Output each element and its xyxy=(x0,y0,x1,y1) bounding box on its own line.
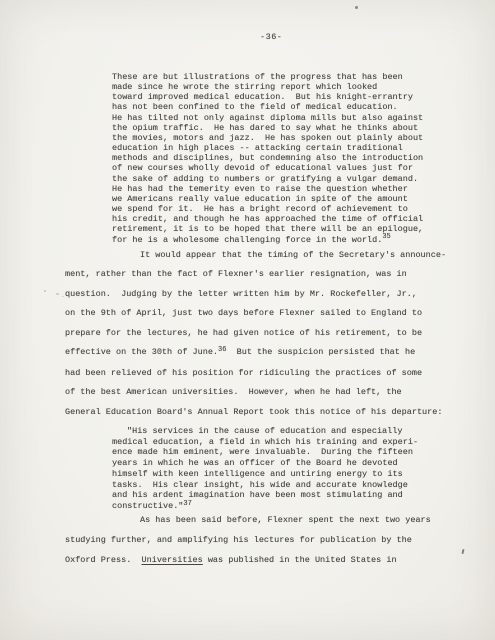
text-line: the movies, motors and jazz. He has spok… xyxy=(112,133,423,143)
text-segment: He has had the temerity even to raise th… xyxy=(112,184,408,194)
text-line: years in which he was an officer of the … xyxy=(112,458,418,469)
text-line: his credit, and though he has approached… xyxy=(112,214,423,224)
text-line: ment, rather than the fact of Flexner's … xyxy=(65,265,446,284)
scan-speck xyxy=(56,293,59,295)
text-line: for he is a wholesome challenging force … xyxy=(112,235,423,246)
text-line: had been relieved of his position for ri… xyxy=(65,364,446,383)
text-line: the opium traffic. He has dared to say w… xyxy=(112,123,423,133)
text-line: retirement, it is to be hoped that there… xyxy=(112,224,423,234)
text-segment: studying further, and amplifying his lec… xyxy=(65,535,412,545)
text-line: education in high places -- attacking ce… xyxy=(112,143,423,153)
text-segment: we spend for it. He has a bright record … xyxy=(112,204,408,214)
text-line: question. Judging by the letter written … xyxy=(65,285,446,304)
text-segment: It would appear that the timing of the S… xyxy=(140,250,446,260)
text-line: toward improved medical education. But h… xyxy=(112,92,423,102)
text-line: These are but illustrations of the progr… xyxy=(112,72,423,82)
footnote-superscript: 37 xyxy=(183,500,191,508)
text-line: It would appear that the timing of the S… xyxy=(65,246,446,265)
text-line: Oxford Press. Universities was published… xyxy=(65,550,431,570)
scan-speck xyxy=(62,296,64,297)
paragraph-secretary: It would appear that the timing of the S… xyxy=(65,246,446,422)
text-segment: had been relieved of his position for ri… xyxy=(65,368,422,378)
text-segment: for he is a wholesome challenging force … xyxy=(112,235,382,245)
scan-speck xyxy=(355,6,358,9)
text-segment: General Education Board's Annual Report … xyxy=(65,407,442,417)
text-segment: and his ardent imagination have been mos… xyxy=(112,490,403,500)
text-line: tasks. His clear insight, his wide and a… xyxy=(112,480,418,491)
text-line: He has had the temerity even to raise th… xyxy=(112,184,423,194)
text-segment: his credit, and though he has approached… xyxy=(112,214,423,224)
text-segment: retirement, it is to be hoped that there… xyxy=(112,224,423,234)
text-line: General Education Board's Annual Report … xyxy=(65,403,446,422)
text-line: prepare for the lectures, he had given n… xyxy=(65,324,446,343)
scan-smudge xyxy=(459,4,465,8)
text-segment: tasks. His clear insight, his wide and a… xyxy=(112,480,408,490)
text-line: studying further, and amplifying his lec… xyxy=(65,530,431,550)
text-segment: "His services in the cause of education … xyxy=(127,426,402,436)
text-segment: prepare for the lectures, he had given n… xyxy=(65,328,422,338)
text-line: methods and disciplines, but condemning … xyxy=(112,153,423,163)
text-line: of new courses wholly devoid of educatio… xyxy=(112,163,423,173)
text-line: ence made him eminent, were invaluable. … xyxy=(112,447,418,458)
text-line: effective on the 30th of June.36 But the… xyxy=(65,343,446,363)
text-segment: But the suspicion persisted that he xyxy=(226,347,415,357)
text-segment: the sake of adding to numbers or gratify… xyxy=(112,174,418,184)
text-line: we spend for it. He has a bright record … xyxy=(112,204,423,214)
text-segment: medical education, a field in which his … xyxy=(112,437,418,447)
text-segment: question. Judging by the letter written … xyxy=(65,289,417,299)
text-line: He has tilted not only against diploma m… xyxy=(112,113,423,123)
page-number: -36- xyxy=(260,32,282,42)
annual-report-quote: "His services in the cause of education … xyxy=(112,426,418,513)
text-segment: methods and disciplines, but condemning … xyxy=(112,153,423,163)
text-line: of the best American universities. Howev… xyxy=(65,383,446,402)
text-segment: Oxford Press. xyxy=(65,555,142,565)
footnote-superscript: 35 xyxy=(382,233,390,241)
paragraph-oxford: As has been said before, Flexner spent t… xyxy=(65,510,431,570)
scan-mark xyxy=(461,549,464,554)
footnote-superscript: 36 xyxy=(218,346,226,354)
scan-speck xyxy=(44,290,46,292)
text-segment: education in high places -- attacking ce… xyxy=(112,143,403,153)
text-segment: has not been confined to the field of me… xyxy=(112,102,398,112)
document-page: -36- These are but illustrations of the … xyxy=(0,0,495,640)
text-line: has not been confined to the field of me… xyxy=(112,102,423,112)
excerpt-paragraph: These are but illustrations of the progr… xyxy=(112,72,423,246)
text-segment: on the 9th of April, just two days befor… xyxy=(65,308,422,318)
text-segment: was published in the United States in xyxy=(203,555,397,565)
text-line: made since he wrote the stirring report … xyxy=(112,82,423,92)
text-line: As has been said before, Flexner spent t… xyxy=(65,510,431,530)
text-segment: He has tilted not only against diploma m… xyxy=(112,113,423,123)
text-segment: As has been said before, Flexner spent t… xyxy=(140,515,431,525)
text-segment: the opium traffic. He has dared to say w… xyxy=(112,123,418,133)
text-line: on the 9th of April, just two days befor… xyxy=(65,304,446,323)
text-segment: These are but illustrations of the progr… xyxy=(112,72,403,82)
text-segment: effective on the 30th of June. xyxy=(65,347,218,357)
text-segment: the movies, motors and jazz. He has spok… xyxy=(112,133,423,143)
text-line: medical education, a field in which his … xyxy=(112,437,418,448)
text-line: and his ardent imagination have been mos… xyxy=(112,490,418,501)
text-segment: made since he wrote the stirring report … xyxy=(112,82,377,92)
underlined-title: Universities xyxy=(142,555,203,565)
text-segment: of the best American universities. Howev… xyxy=(65,387,402,397)
text-segment: ence made him eminent, were invaluable. … xyxy=(112,447,413,457)
text-line: we Americans really value education in s… xyxy=(112,194,423,204)
text-segment: toward improved medical education. But h… xyxy=(112,92,413,102)
text-segment: himself with keen intelligence and untir… xyxy=(112,469,403,479)
text-line: himself with keen intelligence and untir… xyxy=(112,469,418,480)
text-segment: years in which he was an officer of the … xyxy=(112,458,398,468)
text-segment: of new courses wholly devoid of educatio… xyxy=(112,163,413,173)
text-segment: we Americans really value education in s… xyxy=(112,194,408,204)
text-line: "His services in the cause of education … xyxy=(112,426,418,437)
text-segment: ment, rather than the fact of Flexner's … xyxy=(65,269,407,279)
text-line: the sake of adding to numbers or gratify… xyxy=(112,174,423,184)
